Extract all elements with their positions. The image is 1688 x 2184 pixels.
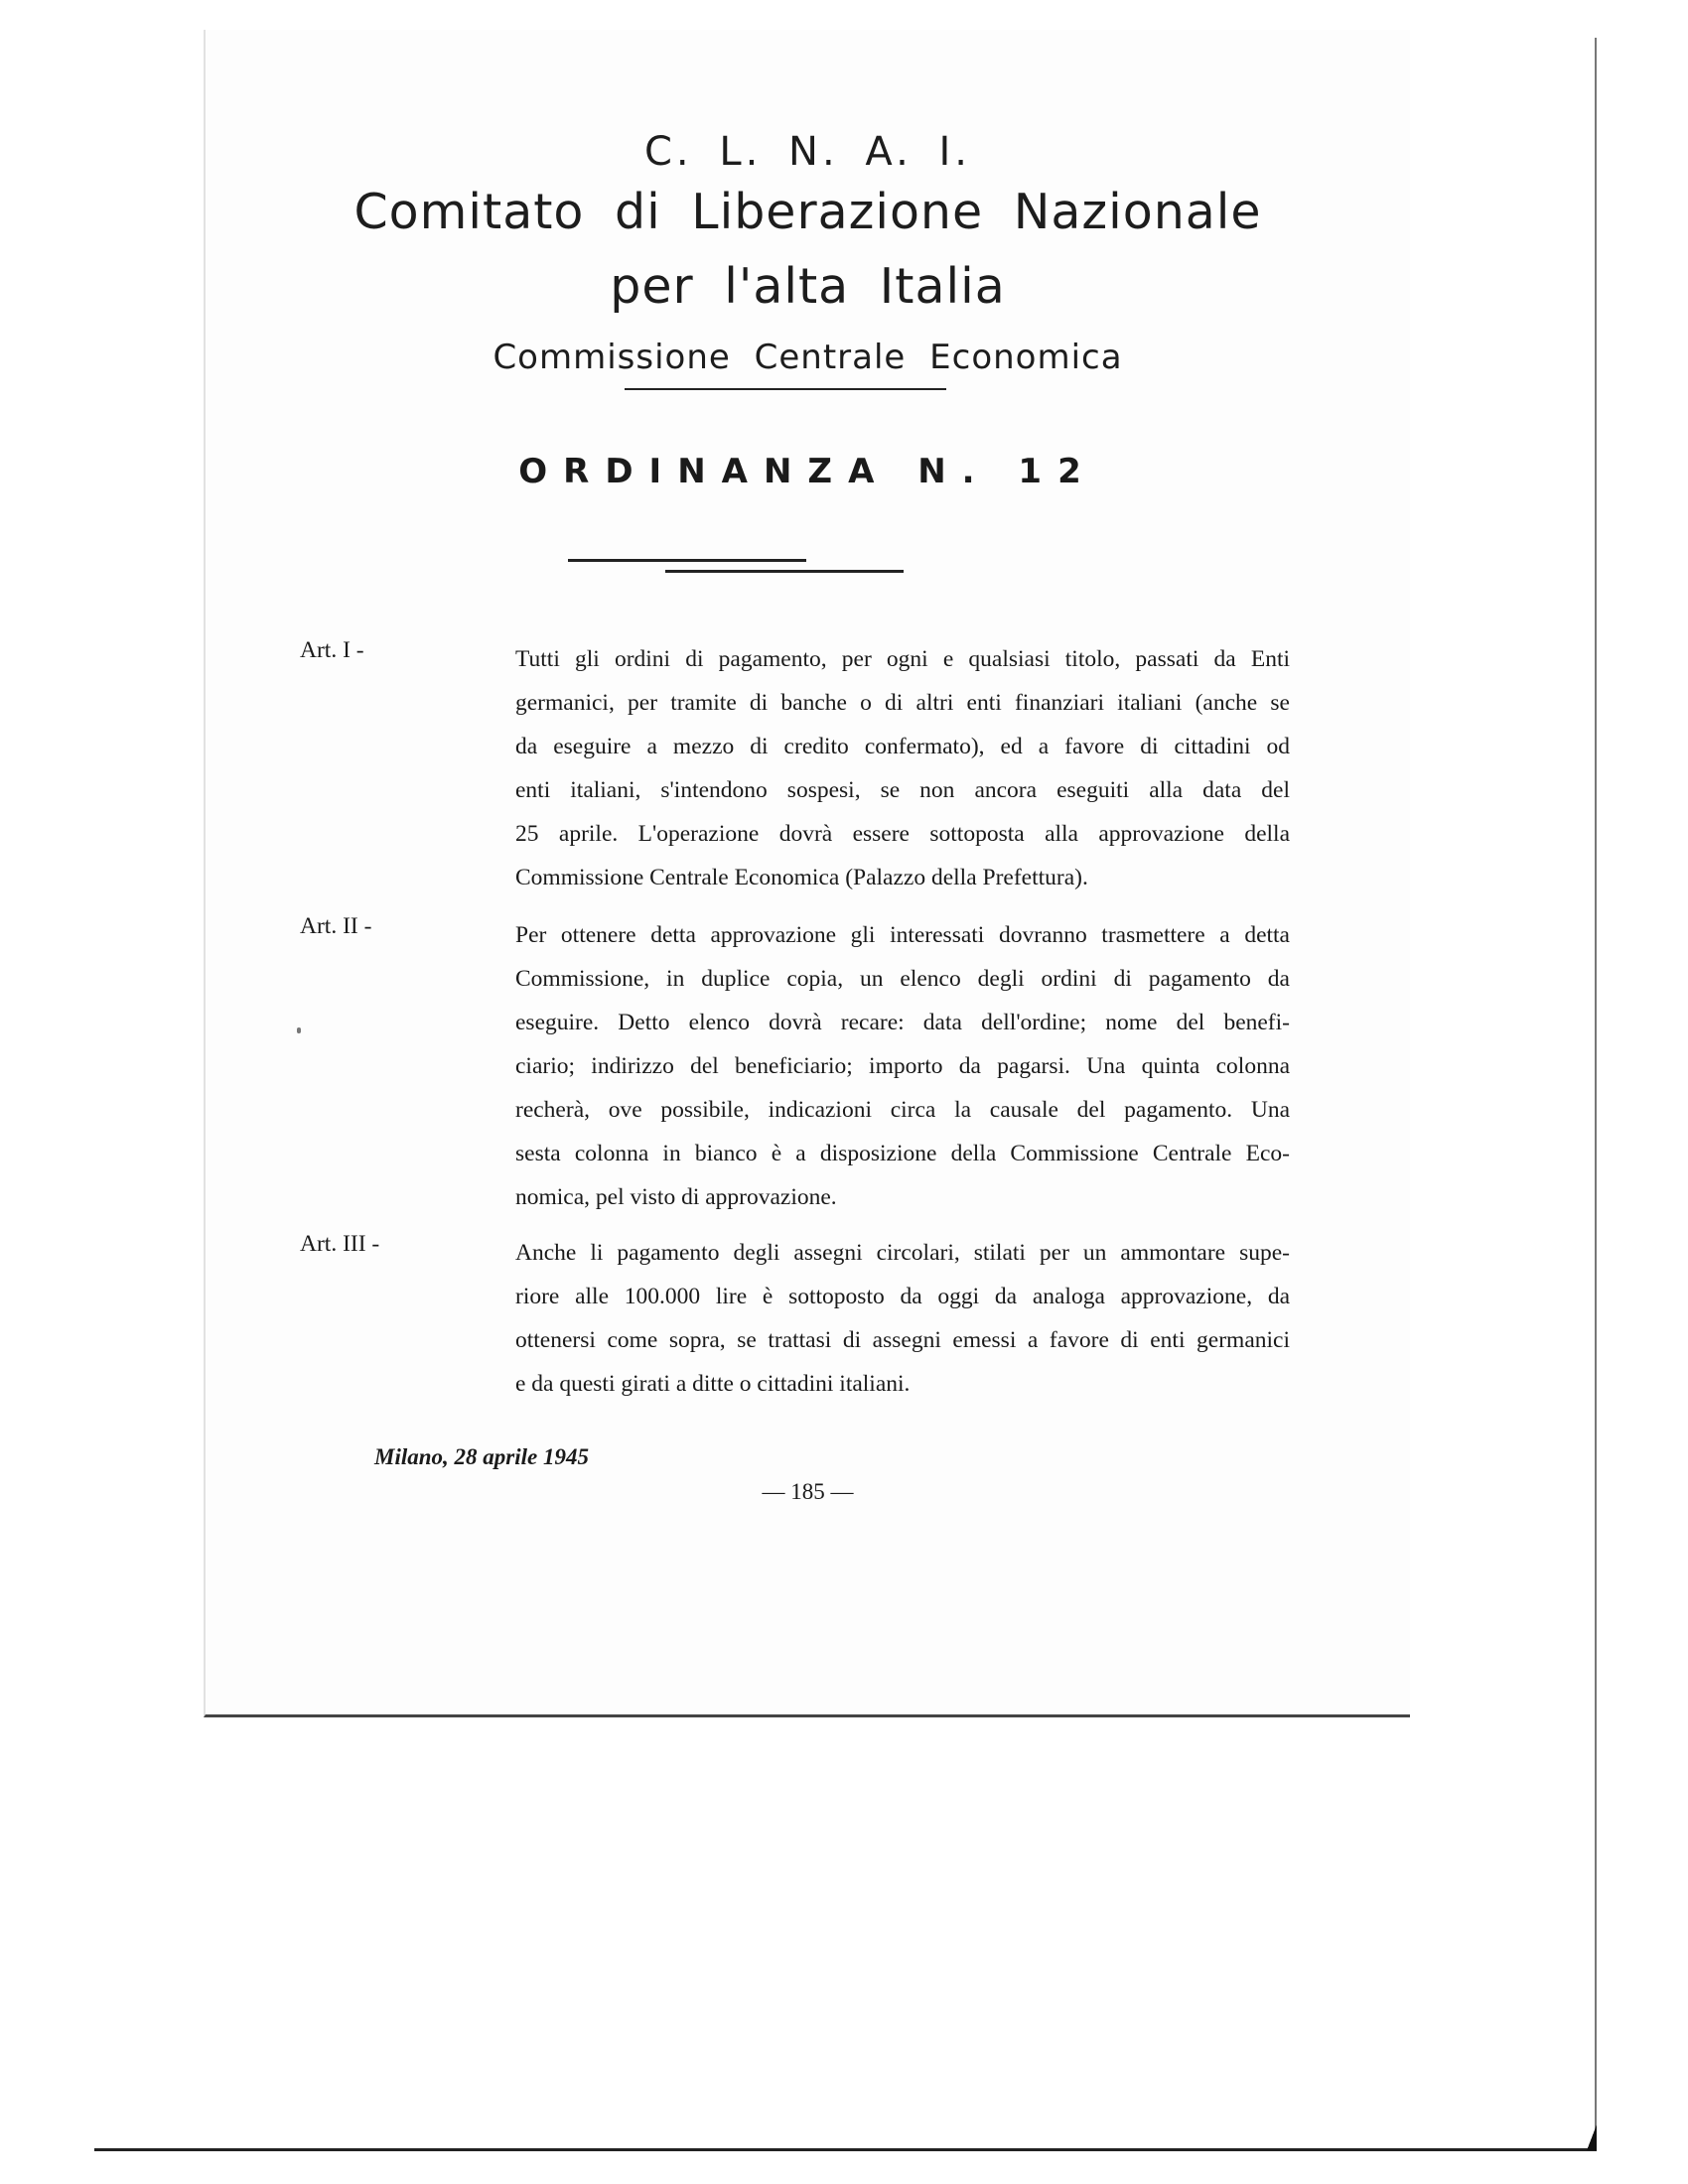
article-line: eseguire. Detto elenco dovrà recare: dat… — [515, 1001, 1290, 1044]
title-divider-lower — [665, 570, 904, 573]
document-title: ORDINANZA N. 12 — [206, 452, 1410, 491]
article-line: ciario; indirizzo del beneficiario; impo… — [515, 1044, 1290, 1088]
article-line: Commissione Centrale Economica (Palazzo … — [515, 856, 1290, 899]
header-divider — [625, 388, 946, 390]
outer-page-edge-bottom — [94, 2148, 1597, 2151]
article-line: Per ottenere detta approvazione gli inte… — [515, 913, 1290, 957]
page-corner-shadow — [1587, 2124, 1597, 2150]
article-body: Tutti gli ordini di pagamento, per ogni … — [515, 637, 1290, 899]
scan-speck — [297, 1027, 301, 1033]
header-commission: Commissione Centrale Economica — [206, 338, 1410, 377]
article-body: Per ottenere detta approvazione gli inte… — [515, 913, 1290, 1219]
article-label: Art. II - — [300, 913, 419, 940]
article-line: nomica, pel visto di approvazione. — [515, 1175, 1290, 1219]
article-line: Tutti gli ordini di pagamento, per ogni … — [515, 637, 1290, 681]
article-line: 25 aprile. L'operazione dovrà essere sot… — [515, 812, 1290, 856]
article-line: sesta colonna in bianco è a disposizione… — [515, 1132, 1290, 1175]
article-line: ottenersi come sopra, se trattasi di ass… — [515, 1318, 1290, 1362]
article-line: Anche li pagamento degli assegni circola… — [515, 1231, 1290, 1275]
article-line: enti italiani, s'intendono sospesi, se n… — [515, 768, 1290, 812]
page-number: — 185 — — [206, 1479, 1410, 1505]
article-label: Art. III - — [300, 1231, 419, 1258]
article-line: germanici, per tramite di banche o di al… — [515, 681, 1290, 725]
article-label: Art. I - — [300, 637, 419, 664]
article-line: recherà, ove possibile, indicazioni circ… — [515, 1088, 1290, 1132]
title-divider-upper — [568, 559, 806, 562]
header-acronym: C. L. N. A. I. — [206, 129, 1410, 175]
article-line: riore alle 100.000 lire è sottoposto da … — [515, 1275, 1290, 1318]
header-organization-line2: per l'alta Italia — [206, 258, 1410, 315]
article-line: Commissione, in duplice copia, un elenco… — [515, 957, 1290, 1001]
place-and-date: Milano, 28 aprile 1945 — [374, 1444, 589, 1470]
outer-page-edge-right — [1595, 38, 1597, 2150]
article-body: Anche li pagamento degli assegni circola… — [515, 1231, 1290, 1406]
article-line: e da questi girati a ditte o cittadini i… — [515, 1362, 1290, 1406]
document-page: C. L. N. A. I. Comitato di Liberazione N… — [204, 30, 1410, 1717]
header-organization-line1: Comitato di Liberazione Nazionale — [206, 184, 1410, 240]
article-line: da eseguire a mezzo di credito confermat… — [515, 725, 1290, 768]
